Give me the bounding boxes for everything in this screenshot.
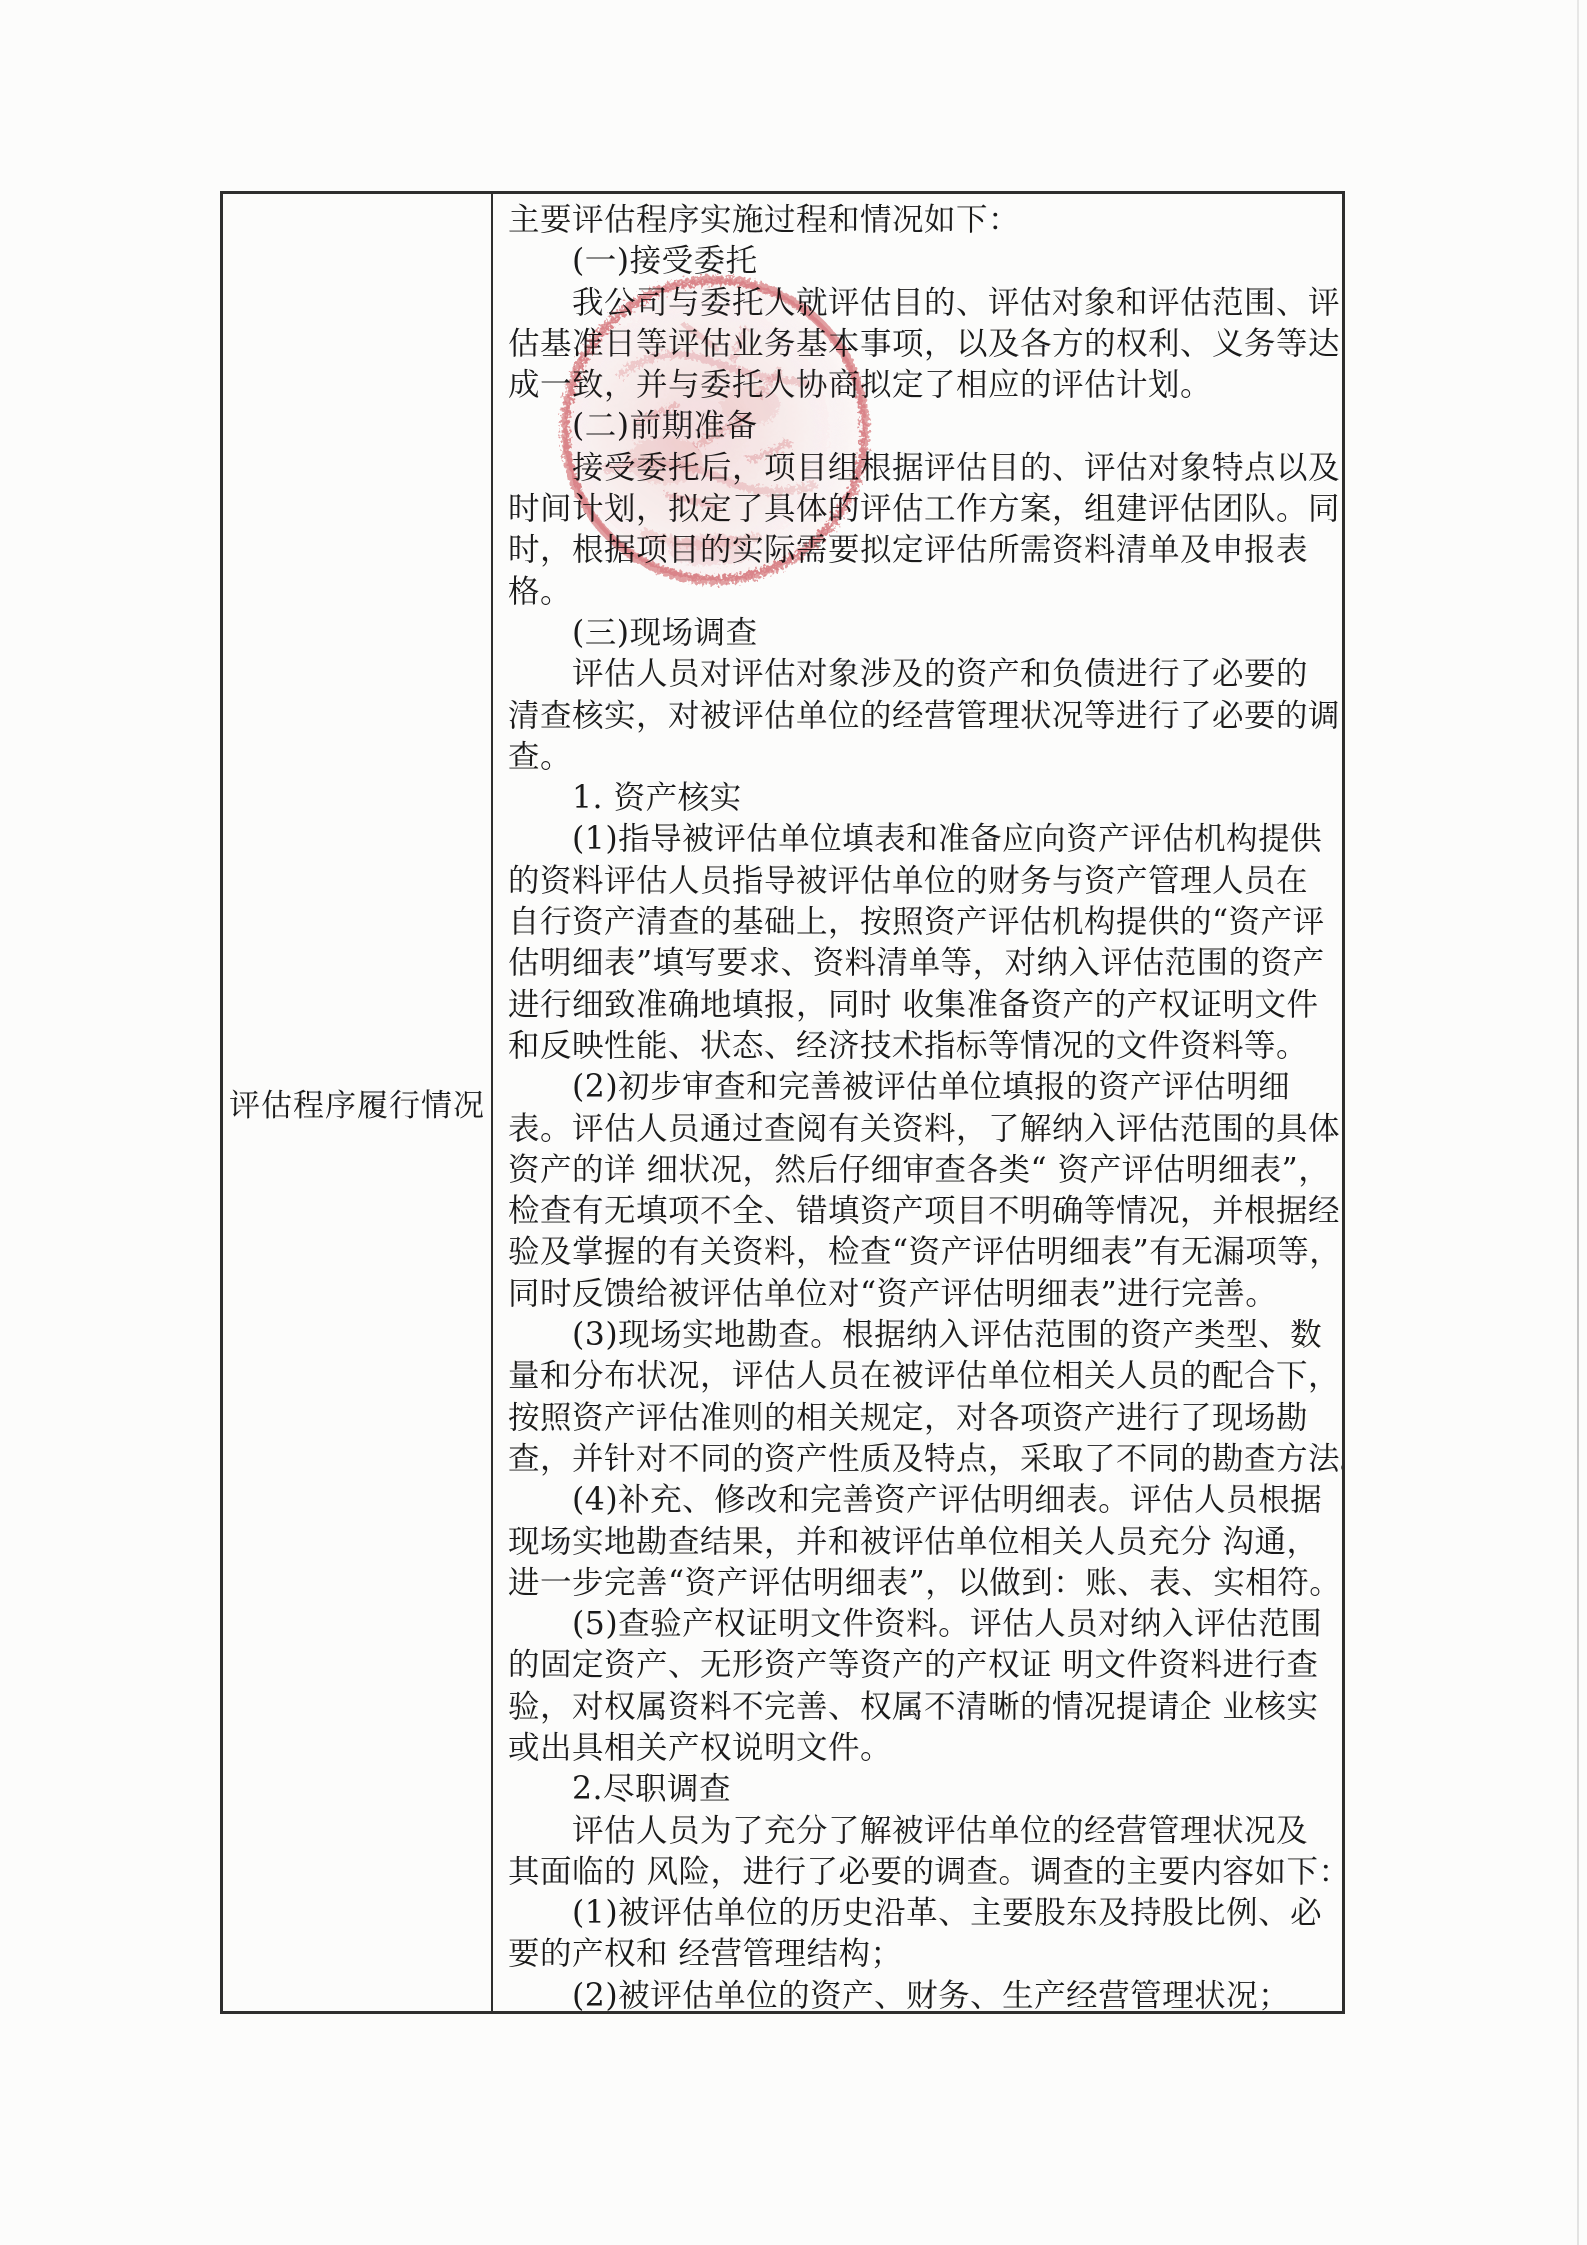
scan-page-edge-shadow bbox=[1577, 0, 1579, 2245]
body-line: 其面临的 风险，进行了必要的调查。调查的主要内容如下： bbox=[508, 1852, 1332, 1893]
scanned-document-page: 评估程序履行情况 主要评估程序实施过程和情况如下： (一)接受委托 我公司与委托… bbox=[0, 0, 1587, 2245]
procedure-label-cell: 评估程序履行情况 bbox=[223, 194, 493, 2011]
body-line: 成一致，并与委托人协商拟定了相应的评估计划。 bbox=[508, 365, 1332, 406]
body-line: 要的产权和 经营管理结构； bbox=[508, 1934, 1332, 1975]
body-line: (1)指导被评估单位填表和准备应向资产评估机构提供 bbox=[508, 819, 1332, 860]
document-table: 评估程序履行情况 主要评估程序实施过程和情况如下： (一)接受委托 我公司与委托… bbox=[220, 191, 1345, 2014]
procedure-label: 评估程序履行情况 bbox=[229, 1080, 485, 1125]
body-line: 格。 bbox=[508, 572, 1332, 613]
body-line: 接受委托后，项目组根据评估目的、评估对象特点以及 bbox=[508, 448, 1332, 489]
body-line: 或出具相关产权说明文件。 bbox=[508, 1728, 1332, 1769]
body-line: 同时反馈给被评估单位对“资产评估明细表”进行完善。 bbox=[508, 1274, 1332, 1315]
body-line: 验，对权属资料不完善、权属不清晰的情况提请企 业核实 bbox=[508, 1687, 1332, 1728]
body-line: (二)前期准备 bbox=[508, 406, 1332, 447]
body-line: 查，并针对不同的资产性质及特点，采取了不同的勘查方法。 bbox=[508, 1439, 1332, 1480]
body-line: 1. 资产核实 bbox=[508, 778, 1332, 819]
body-line: (一)接受委托 bbox=[508, 241, 1332, 282]
body-line: 评估人员对评估对象涉及的资产和负债进行了必要的 bbox=[508, 654, 1332, 695]
body-line: 验及掌握的有关资料，检查“资产评估明细表”有无漏项等， bbox=[508, 1232, 1332, 1273]
body-line: (2)被评估单位的资产、财务、生产经营管理状况； bbox=[508, 1976, 1332, 2011]
body-line: 的资料评估人员指导被评估单位的财务与资产管理人员在 bbox=[508, 861, 1332, 902]
body-line: (3)现场实地勘查。根据纳入评估范围的资产类型、数 bbox=[508, 1315, 1332, 1356]
body-line: 我公司与委托人就评估目的、评估对象和评估范围、评 bbox=[508, 283, 1332, 324]
body-line: (三)现场调查 bbox=[508, 613, 1332, 654]
body-line: 量和分布状况，评估人员在被评估单位相关人员的配合下， bbox=[508, 1356, 1332, 1397]
body-line: 2.尽职调查 bbox=[508, 1769, 1332, 1810]
body-line: 清查核实，对被评估单位的经营管理状况等进行了必要的调 bbox=[508, 696, 1332, 737]
body-line: 评估人员为了充分了解被评估单位的经营管理状况及 bbox=[508, 1811, 1332, 1852]
body-line: 和反映性能、状态、经济技术指标等情况的文件资料等。 bbox=[508, 1026, 1332, 1067]
body-line: (4)补充、修改和完善资产评估明细表。评估人员根据 bbox=[508, 1480, 1332, 1521]
body-line: 表。评估人员通过查阅有关资料，了解纳入评估范围的具体 bbox=[508, 1109, 1332, 1150]
body-line: 主要评估程序实施过程和情况如下： bbox=[508, 200, 1332, 241]
body-lines: 主要评估程序实施过程和情况如下： (一)接受委托 我公司与委托人就评估目的、评估… bbox=[508, 200, 1332, 2011]
body-line: 估明细表”填写要求、资料清单等，对纳入评估范围的资产 bbox=[508, 943, 1332, 984]
body-line: 现场实地勘查结果，并和被评估单位相关人员充分 沟通， bbox=[508, 1522, 1332, 1563]
body-line: 的固定资产、无形资产等资产的产权证 明文件资料进行查 bbox=[508, 1645, 1332, 1686]
body-line: (5)查验产权证明文件资料。评估人员对纳入评估范围 bbox=[508, 1604, 1332, 1645]
body-line: 估基准日等评估业务基本事项，以及各方的权利、义务等达 bbox=[508, 324, 1332, 365]
body-line: 资产的详 细状况，然后仔细审查各类“ 资产评估明细表”， bbox=[508, 1150, 1332, 1191]
body-line: 进行细致准确地填报，同时 收集准备资产的产权证明文件 bbox=[508, 985, 1332, 1026]
body-line: 按照资产评估准则的相关规定，对各项资产进行了现场勘 bbox=[508, 1398, 1332, 1439]
body-line: 时间计划，拟定了具体的评估工作方案，组建评估团队。同 bbox=[508, 489, 1332, 530]
body-line: 查。 bbox=[508, 737, 1332, 778]
body-line: (1)被评估单位的历史沿革、主要股东及持股比例、必 bbox=[508, 1893, 1332, 1934]
body-line: 时，根据项目的实际需要拟定评估所需资料清单及申报表 bbox=[508, 530, 1332, 571]
procedure-content-cell: 主要评估程序实施过程和情况如下： (一)接受委托 我公司与委托人就评估目的、评估… bbox=[493, 194, 1342, 2011]
body-line: (2)初步审查和完善被评估单位填报的资产评估明细 bbox=[508, 1067, 1332, 1108]
body-line: 自行资产清查的基础上，按照资产评估机构提供的“资产评 bbox=[508, 902, 1332, 943]
body-line: 检查有无填项不全、错填资产项目不明确等情况，并根据经 bbox=[508, 1191, 1332, 1232]
body-line: 进一步完善“资产评估明细表”，以做到：账、表、实相符。 bbox=[508, 1563, 1332, 1604]
